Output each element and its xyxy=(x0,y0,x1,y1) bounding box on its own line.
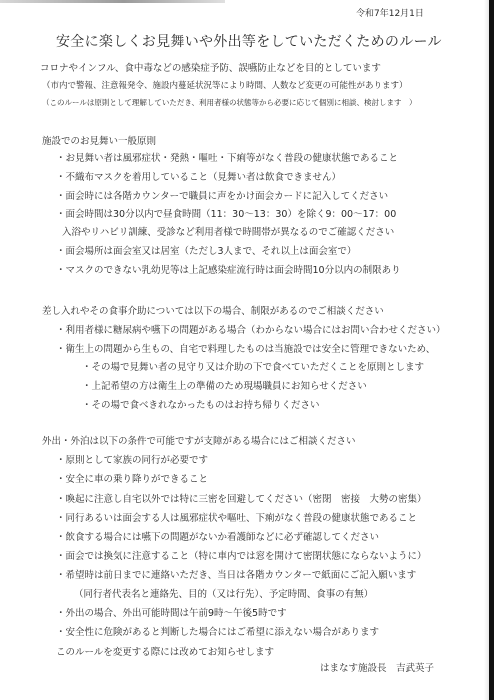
closing-note: このルールを変更する際には改めてお知らせします xyxy=(56,648,274,658)
section-heading: 施設でのお見舞い一般原則 xyxy=(42,137,156,147)
document-date: 令和7年12月1日 xyxy=(356,10,424,19)
list-item: ・不織布マスクを着用していること（見舞い者は飲食できません） xyxy=(56,173,341,183)
list-item: ・利用者様に糖尿病や嚥下の問題がある場合（わからない場合にはお問い合わせください… xyxy=(56,326,446,336)
list-item: ・喚起に注意し自宅以外では特に三密を回避してください（密閉 密接 大勢の密集） xyxy=(56,495,427,505)
scan-edge-right xyxy=(489,0,494,700)
list-item: ・お見舞い者は風邪症状・発熱・嘔吐・下痢等がなく普段の健康状態であること xyxy=(56,154,398,164)
list-item: ・飲食する場合には嚥下の問題がないか看護師などに必ず確認してください xyxy=(56,533,379,543)
list-item: ・衛生上の問題から生もの、自宅で料理したものは当施設では安全に管理できないため、 xyxy=(56,345,435,355)
sub-list-item: ・その場で見舞い者の見守り又は介助の下で食べていただくことを原則とします xyxy=(82,363,424,373)
list-item-continuation: （同行者代表名と連絡先、目的（又は行先）、予定時間、食事の有無） xyxy=(74,590,373,600)
list-item: ・面会時には各階カウンターで職員に声をかけ面会カードに記入してください xyxy=(56,192,388,202)
signature: はまなす施設長 吉武英子 xyxy=(320,664,434,674)
list-item: ・希望時は前日までに連絡いただき、当日は各階カウンターで紙面にご記入願います xyxy=(56,571,416,581)
list-item-continuation: 入浴やリハビリ訓練、受診など利用者様で時間帯が異なるのでご確認ください xyxy=(62,228,394,238)
document-title: 安全に楽しくお見舞いや外出等をしていただくためのルール xyxy=(56,35,442,49)
list-item: ・同行あるいは面会する人は風邪症状や嘔吐、下痢がなく普段の健康状態であること xyxy=(56,514,417,524)
list-item: ・安全に車の乗り降りができること xyxy=(56,475,208,485)
list-item: ・面会では換気に注意すること（特に車内では窓を開けて密閉状態にならないように） xyxy=(56,552,427,562)
list-item: ・面会場所は面会室又は居室（ただし3人まで、それ以上は面会室で） xyxy=(56,247,356,257)
section-heading: 外出・外泊は以下の条件で可能ですが支障がある場合にはご相談ください xyxy=(42,437,356,447)
intro-note-change: （市内で警報、注意報発令、施設内蔓延状況等により時間、人数など変更の可能性があり… xyxy=(42,82,408,91)
scan-edge-top xyxy=(0,0,225,3)
sub-list-item: ・その場で食べきれなかったものはお持ち帰りください xyxy=(82,401,320,411)
list-item: ・安全性に危険があると判断した場合にはご希望に添えない場合があります xyxy=(56,628,379,638)
list-item: ・外出の場合、外出可能時間は午前9時～午後5時です xyxy=(56,609,287,619)
intro-purpose: コロナやインフル、食中毒などの感染症予防、誤嚥防止などを目的としています xyxy=(40,64,381,74)
section-heading: 差し入れやその食事介助については以下の場合、制限があるのでご相談ください xyxy=(42,307,384,317)
list-item: ・原則として家族の同行が必要です xyxy=(56,456,208,466)
sub-list-item: ・上記希望の方は衛生上の準備のため現場職員にお知らせください xyxy=(82,382,367,392)
list-item: ・面会時間は30分以内で昼食時間（11：30～13：30）を除く9：00～17：… xyxy=(56,210,396,220)
intro-note-principle: （このルールは原則として理解していただき、利用者様の状態等から必要に応じて個別に… xyxy=(42,99,417,107)
list-item: ・マスクのできない乳幼児等は上記感染症流行時は面会時間10分以内の制限あり xyxy=(56,266,401,276)
